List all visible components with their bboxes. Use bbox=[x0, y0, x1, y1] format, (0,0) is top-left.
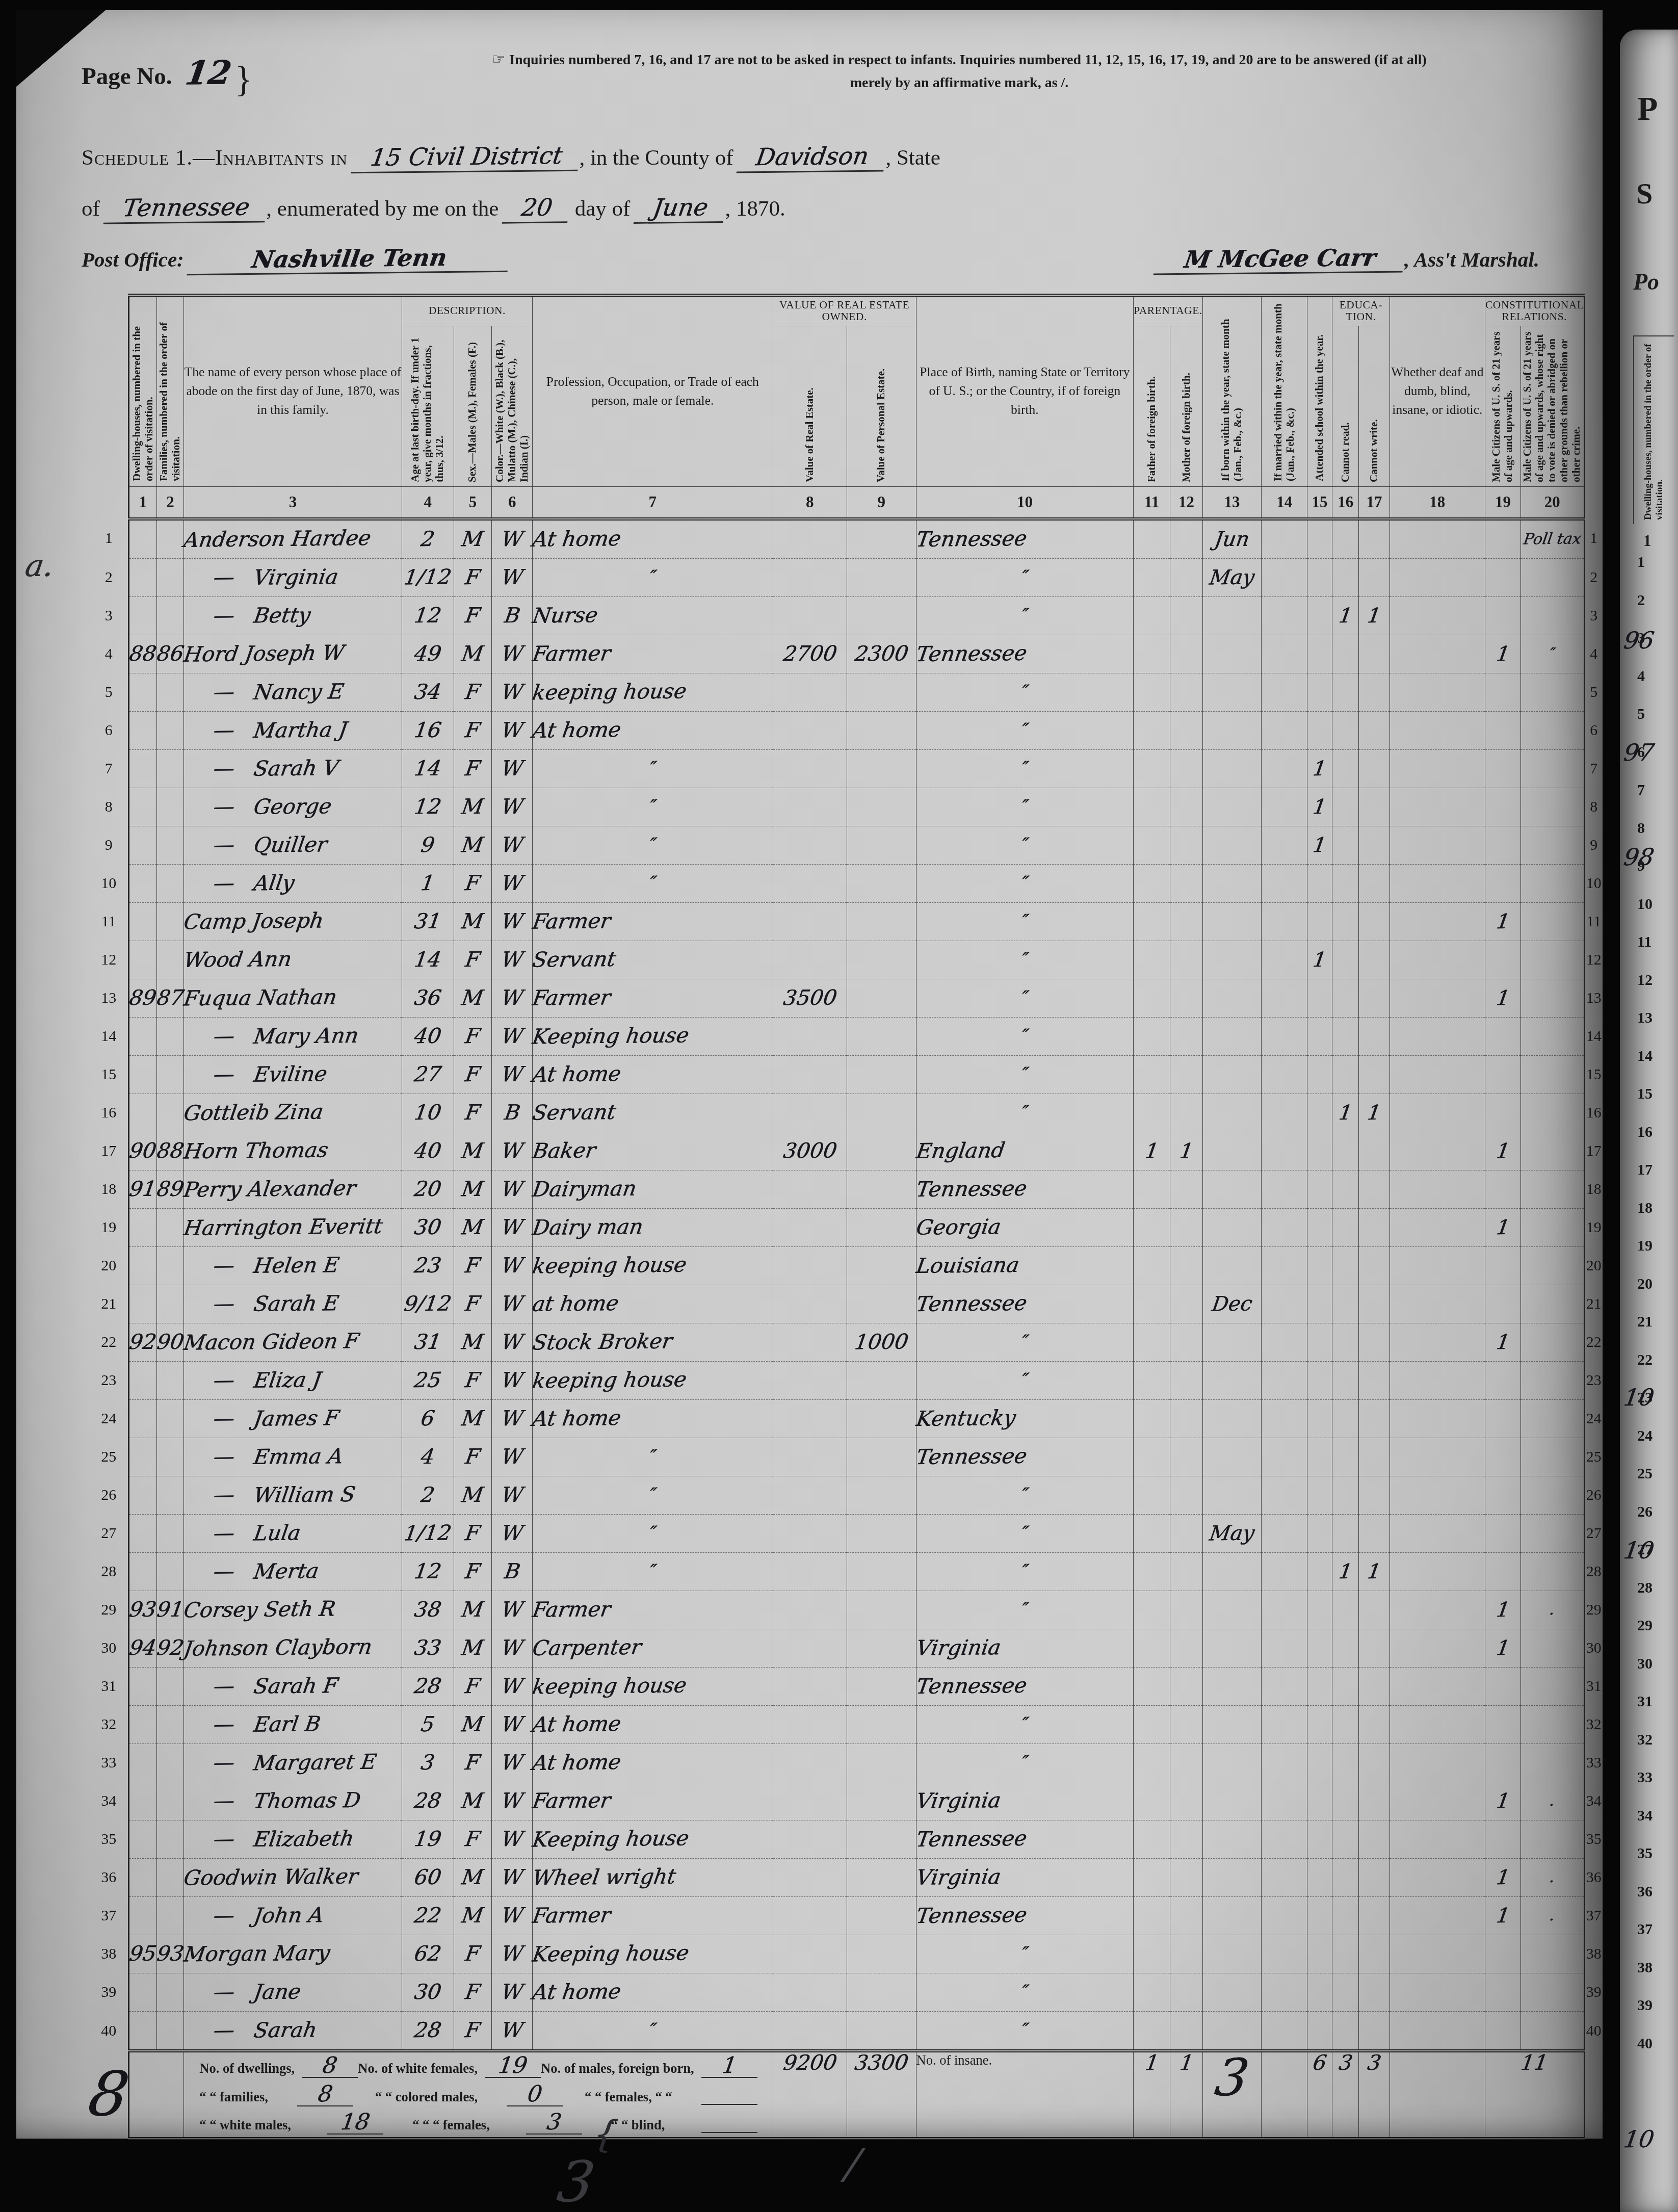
cell-mark-18 bbox=[1389, 1361, 1485, 1399]
cell-occupation: Farmer bbox=[533, 979, 773, 1017]
cell-mark-20 bbox=[1520, 941, 1584, 979]
cell-mark-14 bbox=[1262, 1323, 1307, 1361]
cell-birthplace: ″ bbox=[916, 1476, 1134, 1514]
cell-mark-18 bbox=[1389, 1399, 1485, 1438]
cell-family bbox=[156, 1973, 184, 2011]
cell-name: —James F bbox=[184, 1399, 402, 1438]
cell-personal-estate bbox=[847, 558, 916, 596]
cell-mark-12 bbox=[1170, 826, 1203, 864]
cell-personal-estate bbox=[847, 673, 916, 711]
cell-mark-12 bbox=[1170, 673, 1203, 711]
cell-name: —Sarah F bbox=[184, 1667, 402, 1705]
table-row: 39—Jane30FWAt home″39 bbox=[89, 1973, 1603, 2011]
cell-mark-13: May bbox=[1203, 1514, 1262, 1552]
cell-mark-11 bbox=[1134, 941, 1170, 979]
cell-age: 28 bbox=[402, 1782, 454, 1820]
row-number: 24 bbox=[89, 1399, 129, 1438]
cell-name: —Quiller bbox=[184, 826, 402, 864]
cell-color: W bbox=[492, 1973, 533, 2011]
cell-mark-14 bbox=[1262, 2011, 1307, 2051]
cell-mark-11 bbox=[1134, 1323, 1170, 1361]
cell-dwelling bbox=[129, 1896, 156, 1935]
next-page-col1-header: Dwelling-houses, numbered in the order o… bbox=[1633, 335, 1674, 524]
next-page-col1-num: 1 bbox=[1643, 532, 1651, 550]
cell-mark-17 bbox=[1359, 1514, 1389, 1552]
cell-family bbox=[156, 1438, 184, 1476]
cell-mark-18 bbox=[1389, 749, 1485, 788]
cell-mark-14 bbox=[1262, 1055, 1307, 1094]
row-number: 21 bbox=[89, 1285, 129, 1323]
row-number: 30 bbox=[1584, 1629, 1603, 1667]
cell-mark-16 bbox=[1332, 673, 1359, 711]
cell-family bbox=[156, 941, 184, 979]
next-page-hand-value: 97 bbox=[1622, 741, 1656, 765]
next-page-hand-value: 98 bbox=[1622, 845, 1656, 869]
cell-mark-11 bbox=[1134, 519, 1170, 559]
table-row: 14—Mary Ann40FWKeeping house″14 bbox=[89, 1017, 1603, 1055]
cell-family bbox=[156, 1820, 184, 1858]
cell-mark-15 bbox=[1307, 1705, 1332, 1743]
ditto-dash: — bbox=[212, 758, 236, 779]
cell-sex: F bbox=[454, 558, 492, 596]
cell-name: —Lula bbox=[184, 1514, 402, 1552]
cell-sex: M bbox=[454, 1476, 492, 1514]
col-number-7: 7 bbox=[533, 486, 773, 519]
cell-family bbox=[156, 1858, 184, 1896]
cell-personal-estate bbox=[847, 1591, 916, 1629]
cell-dwelling bbox=[129, 1782, 156, 1820]
cell-mark-20 bbox=[1520, 1055, 1584, 1094]
cell-mark-11 bbox=[1134, 1399, 1170, 1438]
cell-birthplace: ″ bbox=[916, 1094, 1134, 1132]
cell-mark-18 bbox=[1389, 1552, 1485, 1591]
cell-name: —Nancy E bbox=[184, 673, 402, 711]
cell-mark-12 bbox=[1170, 1935, 1203, 1973]
row-number: 25 bbox=[1584, 1438, 1603, 1476]
cell-mark-19: 1 bbox=[1485, 635, 1521, 673]
ditto-dash: — bbox=[212, 1676, 236, 1697]
cell-color: W bbox=[492, 1476, 533, 1514]
line2-mid: , enumerated by me on the bbox=[266, 197, 499, 221]
cell-mark-15 bbox=[1307, 1055, 1332, 1094]
next-page-row-number: 26 bbox=[1637, 1503, 1653, 1521]
cell-real-estate bbox=[773, 1246, 847, 1285]
col-number-2: 2 bbox=[156, 486, 184, 519]
cell-mark-11 bbox=[1134, 1208, 1170, 1246]
group-header-parentage: Parentage. bbox=[1134, 295, 1203, 326]
cell-mark-13 bbox=[1203, 1820, 1262, 1858]
schedule-prefix: Schedule 1.—Inhabitants in bbox=[82, 146, 348, 170]
col-number-18: 18 bbox=[1389, 486, 1485, 519]
cell-mark-13 bbox=[1203, 1705, 1262, 1743]
cell-occupation: ″ bbox=[533, 2011, 773, 2051]
cell-name: —William S bbox=[184, 1476, 402, 1514]
cell-mark-20 bbox=[1520, 749, 1584, 788]
row-number: 28 bbox=[89, 1552, 129, 1591]
ditto-dash: — bbox=[212, 1714, 236, 1735]
cell-mark-14 bbox=[1262, 1208, 1307, 1246]
day-value: 20 bbox=[502, 194, 571, 223]
cell-mark-16: 1 bbox=[1332, 596, 1359, 635]
cell-mark-12 bbox=[1170, 788, 1203, 826]
cell-mark-18 bbox=[1389, 1094, 1485, 1132]
next-page-row-number: 17 bbox=[1637, 1161, 1653, 1179]
cell-mark-14 bbox=[1262, 1782, 1307, 1820]
cell-birthplace: ″ bbox=[916, 596, 1134, 635]
cell-name: Anderson Hardee bbox=[184, 519, 402, 559]
cell-dwelling bbox=[129, 1438, 156, 1476]
cell-mark-19 bbox=[1485, 558, 1521, 596]
cell-mark-16 bbox=[1332, 1285, 1359, 1323]
row-number: 23 bbox=[89, 1361, 129, 1399]
next-page-row-number: 11 bbox=[1637, 933, 1651, 951]
cell-mark-14 bbox=[1262, 902, 1307, 941]
cell-birthplace: ″ bbox=[916, 1935, 1134, 1973]
cell-mark-12 bbox=[1170, 635, 1203, 673]
cell-family bbox=[156, 1208, 184, 1246]
table-row: 37—John A22MWFarmerTennessee1.37 bbox=[89, 1896, 1603, 1935]
cell-mark-18 bbox=[1389, 1132, 1485, 1170]
col-header-6: Color.—White (W.), Black (B.), Mulatto (… bbox=[492, 326, 533, 486]
col-header-11: Father of foreign birth. bbox=[1134, 326, 1170, 486]
next-page-row-number: 36 bbox=[1637, 1883, 1653, 1901]
cell-mark-17 bbox=[1359, 558, 1389, 596]
cell-mark-18 bbox=[1389, 1667, 1485, 1705]
next-page-row-number: 7 bbox=[1637, 782, 1645, 799]
group-header-education: Educa-tion. bbox=[1332, 295, 1390, 326]
cell-mark-15 bbox=[1307, 673, 1332, 711]
cell-mark-18 bbox=[1389, 1782, 1485, 1820]
cell-name: —Emma A bbox=[184, 1438, 402, 1476]
cell-sex: M bbox=[454, 1399, 492, 1438]
col-header-3: The name of every person whose place of … bbox=[184, 295, 402, 486]
cell-color: W bbox=[492, 1743, 533, 1782]
cell-age: 23 bbox=[402, 1246, 454, 1285]
cell-mark-15: 1 bbox=[1307, 826, 1332, 864]
row-number: 40 bbox=[89, 2011, 129, 2051]
cell-mark-18 bbox=[1389, 979, 1485, 1017]
col-header-15: Attended school within the year. bbox=[1307, 295, 1332, 486]
row-number: 15 bbox=[1584, 1055, 1603, 1094]
cell-mark-13 bbox=[1203, 711, 1262, 749]
cell-mark-19 bbox=[1485, 596, 1521, 635]
cell-mark-19: 1 bbox=[1485, 1896, 1521, 1935]
cell-mark-11 bbox=[1134, 1514, 1170, 1552]
cell-age: 38 bbox=[402, 1591, 454, 1629]
cell-occupation: Wheel wright bbox=[533, 1858, 773, 1896]
col-header-19: Male Citizens of U. S. of 21 years of ag… bbox=[1485, 326, 1521, 486]
cell-family bbox=[156, 1094, 184, 1132]
cell-age: 60 bbox=[402, 1858, 454, 1896]
row-number: 27 bbox=[89, 1514, 129, 1552]
cell-mark-20 bbox=[1520, 1323, 1584, 1361]
table-footer: 8 No. of dwellings,8 No. of white female… bbox=[89, 2051, 1603, 2139]
cell-birthplace: ″ bbox=[916, 1323, 1134, 1361]
cell-color: W bbox=[492, 749, 533, 788]
col-header-13: If born within the year, state month (Ja… bbox=[1203, 295, 1262, 486]
next-page-hand-value: 10 bbox=[1622, 1539, 1656, 1563]
next-page-fragment: Po bbox=[1633, 268, 1659, 295]
schedule-line2: of Tennessee, enumerated by me on the 20… bbox=[82, 195, 785, 223]
cell-mark-19 bbox=[1485, 1705, 1521, 1743]
row-number: 16 bbox=[1584, 1094, 1603, 1132]
cell-mark-20 bbox=[1520, 1246, 1584, 1285]
cell-mark-18 bbox=[1389, 1743, 1485, 1782]
cell-mark-13 bbox=[1203, 749, 1262, 788]
cell-mark-11 bbox=[1134, 788, 1170, 826]
row-number: 15 bbox=[89, 1055, 129, 1094]
cell-mark-17: 1 bbox=[1359, 596, 1389, 635]
cell-mark-20 bbox=[1520, 1514, 1584, 1552]
ditto-dash: — bbox=[212, 1485, 236, 1505]
cell-occupation: Farmer bbox=[533, 902, 773, 941]
footer-line-2: “ “ families,8 “ “ colored males,0 “ “ f… bbox=[184, 2080, 773, 2109]
cell-mark-18 bbox=[1389, 1438, 1485, 1476]
cell-dwelling bbox=[129, 596, 156, 635]
cell-age: 49 bbox=[402, 635, 454, 673]
cell-mark-15 bbox=[1307, 1782, 1332, 1820]
cell-birthplace: ″ bbox=[916, 749, 1134, 788]
cell-family bbox=[156, 1514, 184, 1552]
line2-day-of: day of bbox=[575, 197, 631, 221]
cell-personal-estate bbox=[847, 1667, 916, 1705]
cell-age: 34 bbox=[402, 673, 454, 711]
cell-mark-13: May bbox=[1203, 558, 1262, 596]
cell-real-estate bbox=[773, 1705, 847, 1743]
cell-mark-12 bbox=[1170, 1361, 1203, 1399]
cell-mark-16 bbox=[1332, 1132, 1359, 1170]
cell-mark-12 bbox=[1170, 558, 1203, 596]
cell-color: W bbox=[492, 711, 533, 749]
cell-mark-13 bbox=[1203, 1667, 1262, 1705]
cell-dwelling bbox=[129, 711, 156, 749]
row-number: 27 bbox=[1584, 1514, 1603, 1552]
table-row: 15—Eviline27FWAt home″15 bbox=[89, 1055, 1603, 1094]
cell-dwelling bbox=[129, 673, 156, 711]
cell-real-estate bbox=[773, 1514, 847, 1552]
cell-mark-13 bbox=[1203, 1094, 1262, 1132]
cell-color: W bbox=[492, 1017, 533, 1055]
cell-personal-estate bbox=[847, 1552, 916, 1591]
county-value: Davidson bbox=[737, 143, 888, 173]
cell-color: W bbox=[492, 1246, 533, 1285]
row-number: 3 bbox=[89, 596, 129, 635]
cell-mark-18 bbox=[1389, 711, 1485, 749]
row-number: 1 bbox=[1584, 519, 1603, 559]
table-row: 24—James F6MWAt homeKentucky24 bbox=[89, 1399, 1603, 1438]
cell-mark-16 bbox=[1332, 1896, 1359, 1935]
cell-occupation: At home bbox=[533, 1055, 773, 1094]
cell-real-estate bbox=[773, 1285, 847, 1323]
cell-real-estate bbox=[773, 788, 847, 826]
row-number: 30 bbox=[89, 1629, 129, 1667]
row-number: 11 bbox=[1584, 902, 1603, 941]
cell-mark-12 bbox=[1170, 2011, 1203, 2051]
cell-real-estate bbox=[773, 1208, 847, 1246]
cell-mark-18 bbox=[1389, 1285, 1485, 1323]
cell-occupation: At home bbox=[533, 1973, 773, 2011]
next-page-hand-value: 10 bbox=[1622, 1386, 1656, 1410]
row-number: 39 bbox=[89, 1973, 129, 2011]
row-number: 14 bbox=[89, 1017, 129, 1055]
cell-mark-18 bbox=[1389, 1170, 1485, 1208]
cell-mark-12 bbox=[1170, 1858, 1203, 1896]
cell-family: 88 bbox=[156, 1132, 184, 1170]
row-number: 18 bbox=[1584, 1170, 1603, 1208]
cell-age: 22 bbox=[402, 1896, 454, 1935]
footer-mark-13: 3 bbox=[1203, 2051, 1262, 2139]
table-row: 19Harrington Everitt30MWDairy manGeorgia… bbox=[89, 1208, 1603, 1246]
cell-mark-15 bbox=[1307, 1285, 1332, 1323]
next-page-row-number: 15 bbox=[1637, 1085, 1653, 1103]
census-table: Dwelling-houses, numbered in the order o… bbox=[89, 294, 1603, 2140]
cell-family bbox=[156, 1246, 184, 1285]
footer-mark-11: 1 bbox=[1134, 2051, 1170, 2139]
cell-mark-13 bbox=[1203, 1055, 1262, 1094]
cell-mark-15: 1 bbox=[1307, 941, 1332, 979]
cell-mark-15: 1 bbox=[1307, 788, 1332, 826]
cell-mark-13: Jun bbox=[1203, 519, 1262, 559]
table-row: 36Goodwin Walker60MWWheel wrightVirginia… bbox=[89, 1858, 1603, 1896]
cell-sex: F bbox=[454, 673, 492, 711]
col-number-10: 10 bbox=[916, 486, 1134, 519]
cell-birthplace: ″ bbox=[916, 1743, 1134, 1782]
cell-mark-14 bbox=[1262, 1438, 1307, 1476]
cell-personal-estate bbox=[847, 1476, 916, 1514]
col-number-4: 4 bbox=[402, 486, 454, 519]
col-header-8: Value of Real Estate. bbox=[773, 326, 847, 486]
row-number: 5 bbox=[89, 673, 129, 711]
table-row: 40—Sarah28FW″″40 bbox=[89, 2011, 1603, 2051]
cell-mark-13 bbox=[1203, 1132, 1262, 1170]
cell-mark-16 bbox=[1332, 1361, 1359, 1399]
cell-mark-12 bbox=[1170, 1017, 1203, 1055]
cell-mark-14 bbox=[1262, 1514, 1307, 1552]
cell-birthplace: Virginia bbox=[916, 1782, 1134, 1820]
cell-mark-13: Dec bbox=[1203, 1285, 1262, 1323]
cell-color: W bbox=[492, 864, 533, 902]
row-number: 13 bbox=[89, 979, 129, 1017]
cell-mark-12 bbox=[1170, 979, 1203, 1017]
cell-color: W bbox=[492, 788, 533, 826]
cell-sex: F bbox=[454, 1973, 492, 2011]
cell-mark-20 bbox=[1520, 1361, 1584, 1399]
year-suffix: , 1870. bbox=[725, 197, 785, 221]
ditto-dash: — bbox=[212, 2020, 236, 2041]
cell-mark-20 bbox=[1520, 558, 1584, 596]
cell-mark-12 bbox=[1170, 1552, 1203, 1591]
cell-occupation: Keeping house bbox=[533, 1820, 773, 1858]
cell-mark-16 bbox=[1332, 519, 1359, 559]
cell-mark-20: ″ bbox=[1520, 635, 1584, 673]
cell-mark-19 bbox=[1485, 1399, 1521, 1438]
cell-dwelling bbox=[129, 1208, 156, 1246]
cell-family bbox=[156, 711, 184, 749]
cell-color: W bbox=[492, 1170, 533, 1208]
cell-mark-16 bbox=[1332, 864, 1359, 902]
cell-mark-15 bbox=[1307, 1935, 1332, 1973]
cell-mark-13 bbox=[1203, 864, 1262, 902]
row-number: 22 bbox=[1584, 1323, 1603, 1361]
row-number: 8 bbox=[89, 788, 129, 826]
row-number: 16 bbox=[89, 1094, 129, 1132]
cell-mark-11 bbox=[1134, 902, 1170, 941]
ditto-dash: — bbox=[212, 1905, 236, 1926]
cell-personal-estate bbox=[847, 1208, 916, 1246]
cell-mark-17 bbox=[1359, 1399, 1389, 1438]
ditto-dash: — bbox=[212, 1446, 236, 1467]
cell-mark-14 bbox=[1262, 1399, 1307, 1438]
cell-mark-11 bbox=[1134, 1552, 1170, 1591]
cell-mark-18 bbox=[1389, 902, 1485, 941]
cell-name: Perry Alexander bbox=[184, 1170, 402, 1208]
next-page-row-number: 21 bbox=[1637, 1313, 1653, 1331]
cell-name: —Merta bbox=[184, 1552, 402, 1591]
cell-mark-18 bbox=[1389, 1820, 1485, 1858]
cell-real-estate bbox=[773, 1055, 847, 1094]
cell-real-estate bbox=[773, 1017, 847, 1055]
cell-mark-14 bbox=[1262, 1285, 1307, 1323]
cell-age: 25 bbox=[402, 1361, 454, 1399]
cell-birthplace: ″ bbox=[916, 979, 1134, 1017]
cell-mark-19: 1 bbox=[1485, 979, 1521, 1017]
table-row: 389593Morgan Mary62FWKeeping house″38 bbox=[89, 1935, 1603, 1973]
cell-birthplace: ″ bbox=[916, 1055, 1134, 1094]
cell-mark-13 bbox=[1203, 902, 1262, 941]
cell-dwelling bbox=[129, 1094, 156, 1132]
cell-sex: F bbox=[454, 1094, 492, 1132]
cell-mark-11 bbox=[1134, 1896, 1170, 1935]
cell-family bbox=[156, 1285, 184, 1323]
cell-mark-17 bbox=[1359, 749, 1389, 788]
cell-name: —Sarah V bbox=[184, 749, 402, 788]
line2-of: of bbox=[82, 197, 100, 221]
cell-real-estate bbox=[773, 1094, 847, 1132]
cell-occupation: Keeping house bbox=[533, 1935, 773, 1973]
cell-mark-13 bbox=[1203, 1591, 1262, 1629]
cell-mark-11 bbox=[1134, 1858, 1170, 1896]
cell-mark-11 bbox=[1134, 1782, 1170, 1820]
cell-real-estate bbox=[773, 1476, 847, 1514]
cell-mark-20 bbox=[1520, 1438, 1584, 1476]
cell-family: 93 bbox=[156, 1935, 184, 1973]
cell-name: Macon Gideon F bbox=[184, 1323, 402, 1361]
cell-mark-14 bbox=[1262, 1743, 1307, 1782]
cell-sex: F bbox=[454, 1017, 492, 1055]
cell-mark-17 bbox=[1359, 1017, 1389, 1055]
cell-mark-12 bbox=[1170, 1514, 1203, 1552]
cell-mark-20 bbox=[1520, 711, 1584, 749]
cell-mark-11 bbox=[1134, 1476, 1170, 1514]
cell-name: —Ally bbox=[184, 864, 402, 902]
cell-mark-13 bbox=[1203, 1552, 1262, 1591]
cell-mark-11 bbox=[1134, 1246, 1170, 1285]
cell-mark-15 bbox=[1307, 1629, 1332, 1667]
cell-mark-15 bbox=[1307, 1017, 1332, 1055]
next-page-row-number: 32 bbox=[1637, 1731, 1653, 1749]
cell-dwelling bbox=[129, 1743, 156, 1782]
cell-name: —Eviline bbox=[184, 1055, 402, 1094]
cell-mark-19 bbox=[1485, 1552, 1521, 1591]
next-page-edge: P S Po Dwelling-houses, numbered in the … bbox=[1620, 30, 1678, 2212]
schedule-line: Schedule 1.—Inhabitants in 15 Civil Dist… bbox=[82, 144, 940, 172]
cell-mark-11 bbox=[1134, 1973, 1170, 2011]
ditto-dash: — bbox=[212, 567, 236, 588]
cell-mark-17 bbox=[1359, 1170, 1389, 1208]
cell-mark-12 bbox=[1170, 1743, 1203, 1782]
cell-color: B bbox=[492, 596, 533, 635]
cell-mark-19 bbox=[1485, 864, 1521, 902]
